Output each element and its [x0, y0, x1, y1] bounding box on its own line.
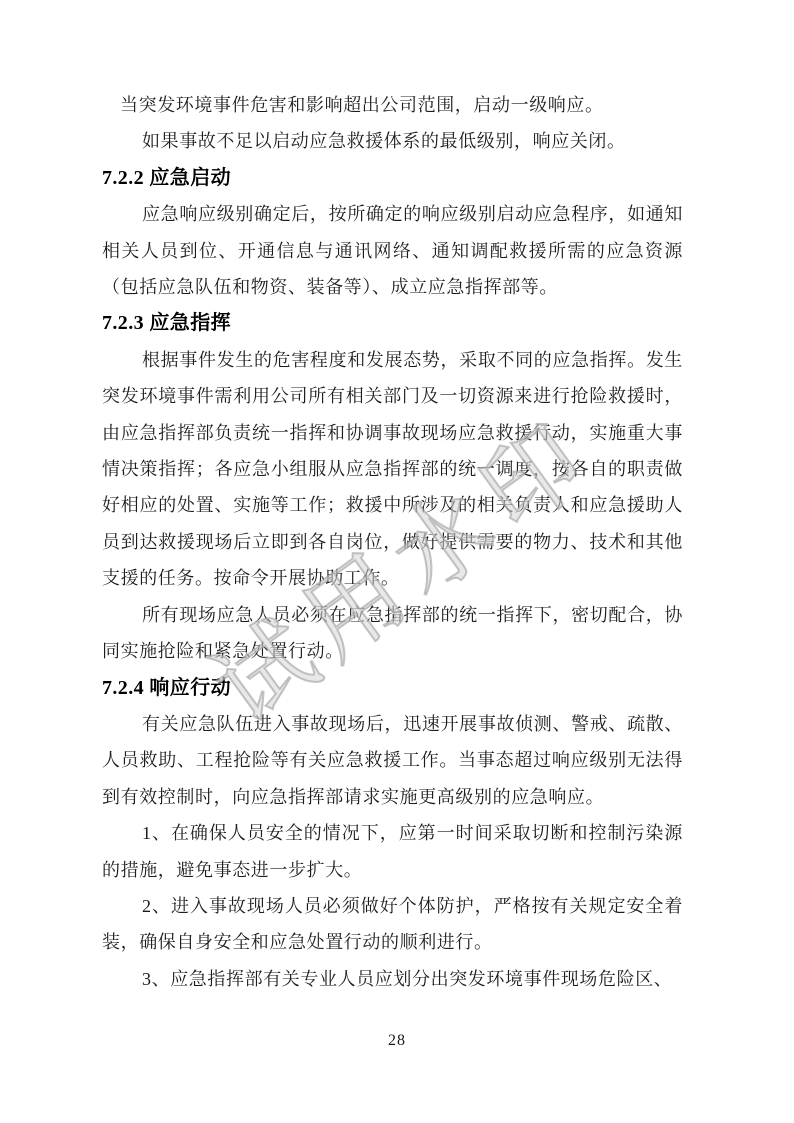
- page-number: 28: [388, 1032, 406, 1049]
- paragraph-continuation: 当突发环境事件危害和影响超出公司范围，启动一级响应。: [102, 87, 683, 123]
- paragraph: 1、在确保人员安全的情况下，应第一时间采取切断和控制污染源的措施，避免事态进一步…: [102, 815, 683, 888]
- paragraph: 所有现场应急人员必须在应急指挥部的统一指挥下，密切配合，协同实施抢险和紧急处置行…: [102, 597, 683, 670]
- paragraph: 3、应急指挥部有关专业人员应划分出突发环境事件现场危险区、: [102, 961, 683, 997]
- paragraph: 根据事件发生的危害程度和发展态势，采取不同的应急指挥。发生突发环境事件需利用公司…: [102, 342, 683, 597]
- page-footer: 28: [0, 1032, 794, 1050]
- paragraph: 有关应急队伍进入事故现场后，迅速开展事故侦测、警戒、疏散、人员救助、工程抢险等有…: [102, 706, 683, 815]
- document-page: 试用水印 当突发环境事件危害和影响超出公司范围，启动一级响应。 如果事故不足以启…: [0, 0, 794, 1123]
- page-content: 当突发环境事件危害和影响超出公司范围，启动一级响应。 如果事故不足以启动应急救援…: [102, 87, 683, 997]
- paragraph: 如果事故不足以启动应急救援体系的最低级别，响应关闭。: [102, 123, 683, 159]
- section-heading-722: 7.2.2 应急启动: [102, 160, 683, 196]
- section-heading-723: 7.2.3 应急指挥: [102, 305, 683, 341]
- section-heading-724: 7.2.4 响应行动: [102, 670, 683, 706]
- paragraph: 2、进入事故现场人员必须做好个体防护，严格按有关规定安全着装，确保自身安全和应急…: [102, 888, 683, 961]
- paragraph: 应急响应级别确定后，按所确定的响应级别启动应急程序，如通知相关人员到位、开通信息…: [102, 196, 683, 305]
